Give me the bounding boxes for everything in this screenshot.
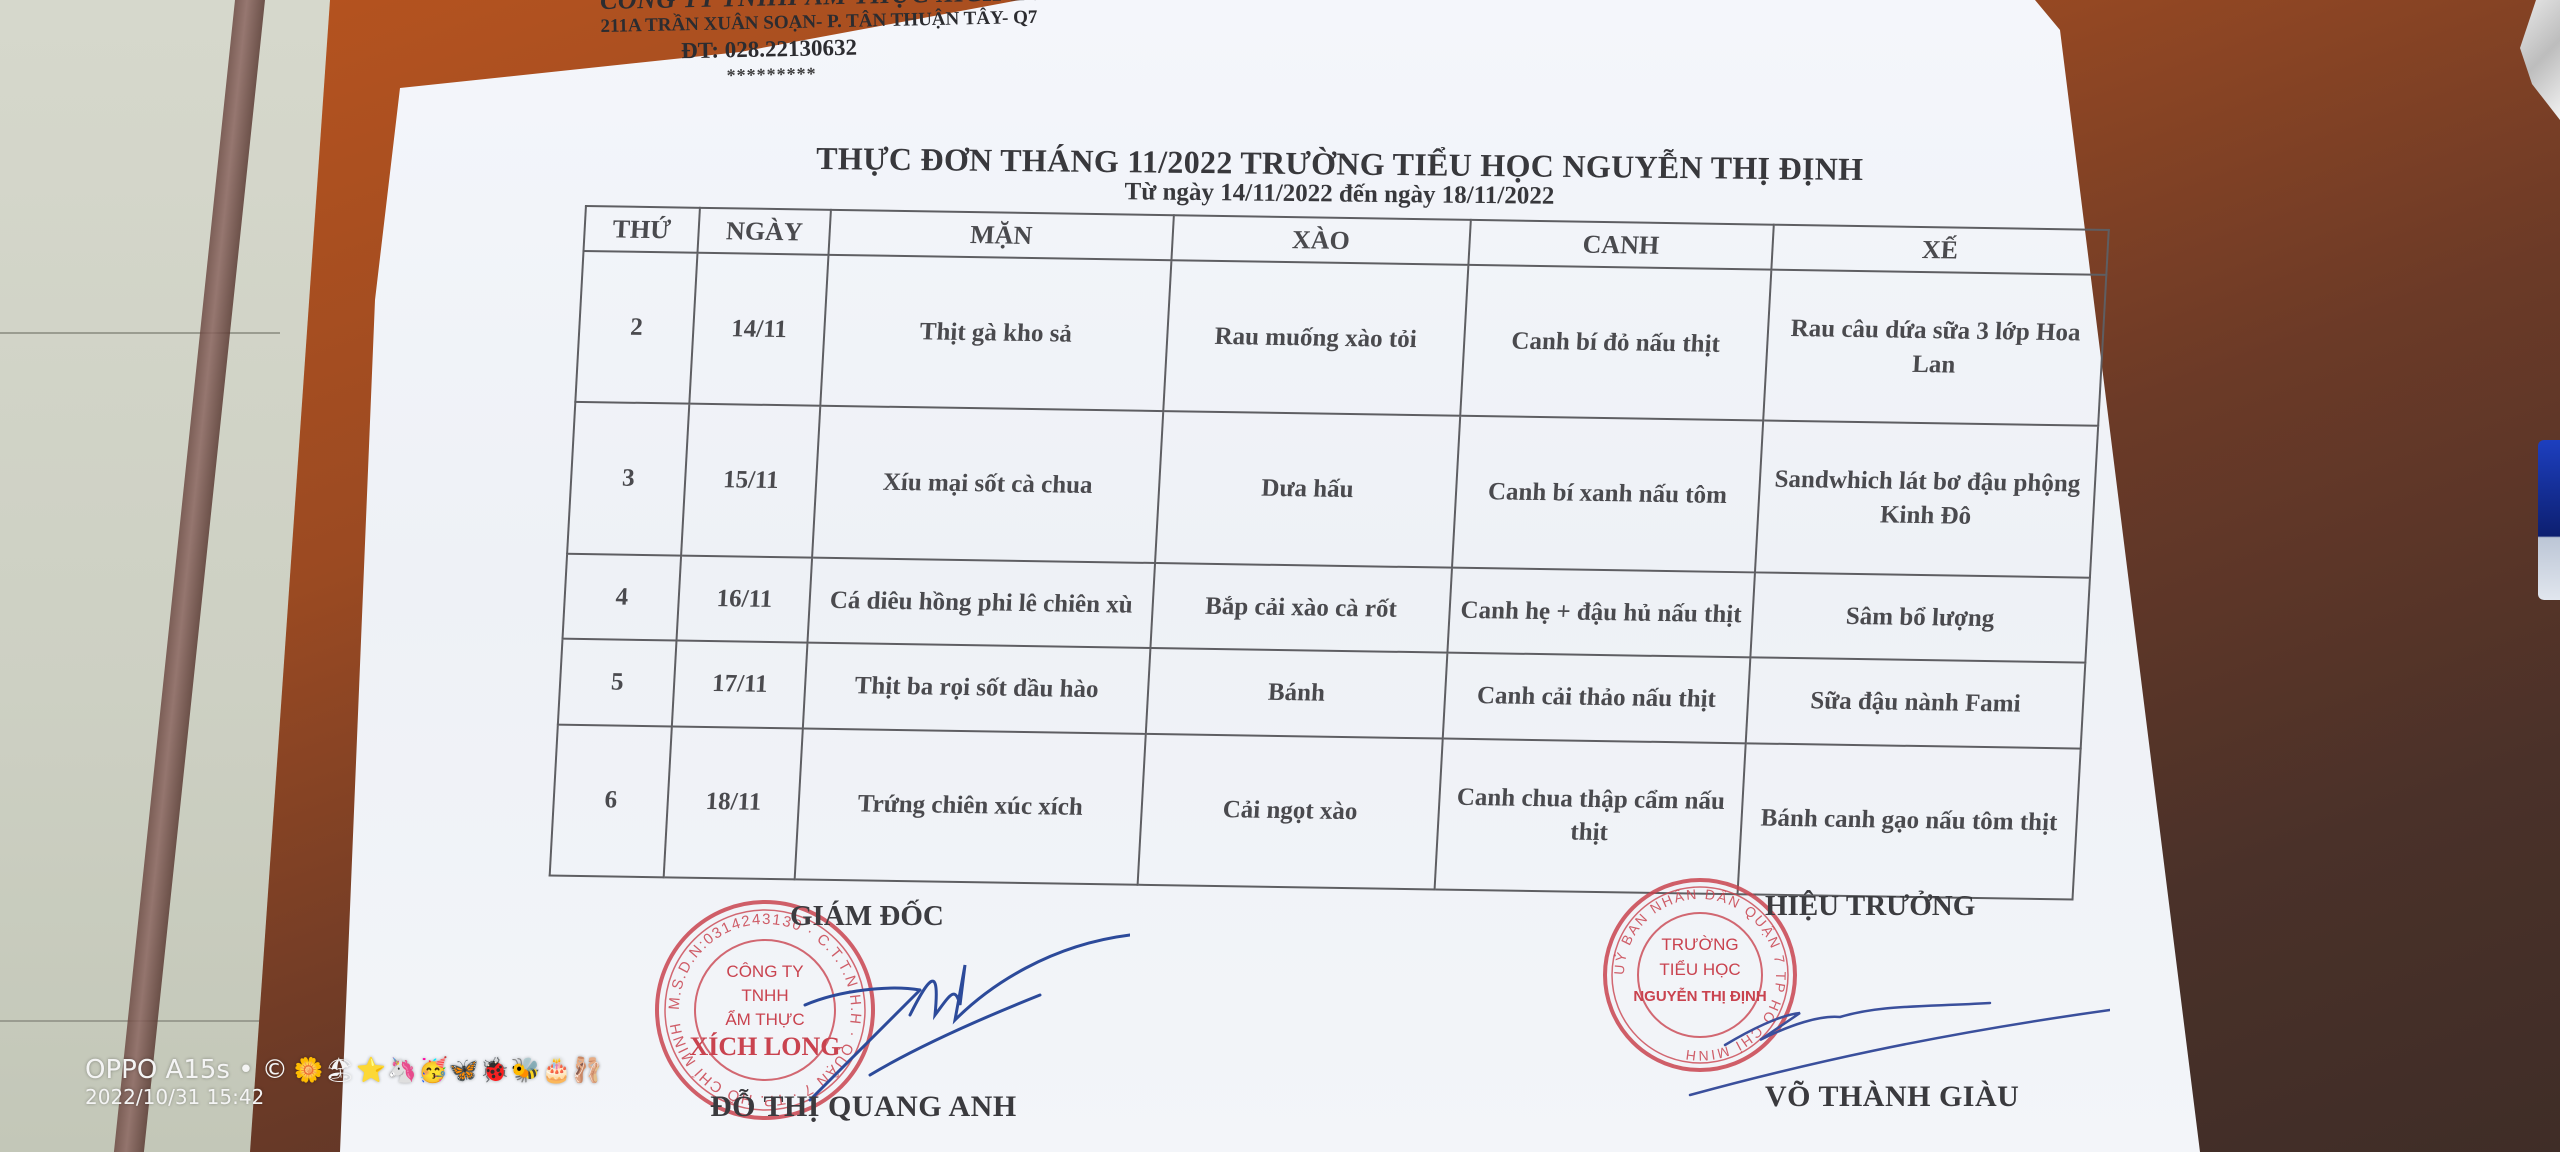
director-signature-icon <box>750 925 1130 1105</box>
cell-xao: Bắp cải xào cà rốt <box>1150 563 1452 653</box>
cell-ngay: 18/11 <box>664 726 803 879</box>
cell-thu: 4 <box>563 554 682 641</box>
director-name: ĐỖ THỊ QUANG ANH <box>710 1090 1017 1124</box>
cell-xao: Rau muống xào tỏi <box>1163 260 1468 416</box>
table-row: 6 18/11 Trứng chiên xúc xích Cải ngọt xà… <box>550 724 2081 899</box>
cell-xe: Rau câu dứa sữa 3 lớp Hoa Lan <box>1763 270 2106 426</box>
cell-xe: Sữa đậu nành Fami <box>1746 658 2086 749</box>
cell-man: Trứng chiên xúc xích <box>795 728 1146 885</box>
column-header-xao: XÀO <box>1171 215 1470 265</box>
cell-thu: 2 <box>575 251 697 404</box>
cell-ngay: 15/11 <box>681 404 820 557</box>
cell-canh: Canh cải thảo nấu thịt <box>1443 653 1751 743</box>
emoji-stickers-icon: 🌼🏖⭐🦄🥳🦋🐞🐝🎂🩰 <box>294 1056 603 1084</box>
column-header-xe: XẾ <box>1771 225 2108 275</box>
cell-ngay: 17/11 <box>672 641 808 728</box>
cell-ngay: 16/11 <box>677 555 813 642</box>
column-header-thu: THỨ <box>584 206 701 253</box>
svg-text:TIỂU HỌC: TIỂU HỌC <box>1659 960 1740 979</box>
cell-thu: 5 <box>558 639 677 726</box>
company-header: CÔNG TY TNHH ẨM THỰC XÍCH LONG 211A TRẦN… <box>600 0 1122 89</box>
cell-man: Thịt gà kho sả <box>820 255 1171 412</box>
menu-table-container: THỨ NGÀY MẶN XÀO CANH XẾ 2 14/11 Thịt gà… <box>549 205 2110 900</box>
column-header-ngay: NGÀY <box>698 208 831 255</box>
document-heading: THỰC ĐƠN THÁNG 11/2022 TRƯỜNG TIỂU HỌC N… <box>814 140 1865 214</box>
column-header-man: MẶN <box>829 210 1174 260</box>
cell-ngay: 14/11 <box>690 253 829 406</box>
cell-man: Thịt ba rọi sốt dầu hào <box>803 643 1150 734</box>
column-header-canh: CANH <box>1468 220 1773 270</box>
cell-xao: Dưa hấu <box>1155 412 1460 568</box>
cell-thu: 3 <box>567 402 689 555</box>
blue-pen <box>2538 440 2560 600</box>
menu-table: THỨ NGÀY MẶN XÀO CANH XẾ 2 14/11 Thịt gà… <box>549 205 2110 900</box>
svg-text:TRƯỜNG: TRƯỜNG <box>1661 935 1738 954</box>
cell-xe: Sandwhich lát bơ đậu phộng Kinh Đô <box>1755 421 2098 577</box>
table-row: 2 14/11 Thịt gà kho sả Rau muống xào tỏi… <box>575 251 2106 426</box>
cell-man: Xíu mại sốt cà chua <box>812 406 1163 563</box>
cell-canh: Canh bí đỏ nấu thịt <box>1460 265 1771 421</box>
capture-timestamp: 2022/10/31 15:42 <box>85 1085 603 1109</box>
principal-role: HIỆU TRƯỞNG <box>1765 890 1975 923</box>
device-label: OPPO A15s • © <box>85 1055 288 1085</box>
principal-name: VÕ THÀNH GIÀU <box>1765 1080 2019 1114</box>
cell-thu: 6 <box>550 724 672 877</box>
cell-canh: Canh bí xanh nấu tôm <box>1452 416 1763 572</box>
wall-tile-line <box>0 332 280 334</box>
cell-canh: Canh hẹ + đậu hủ nấu thịt <box>1447 567 1755 657</box>
camera-watermark: OPPO A15s • © 🌼🏖⭐🦄🥳🦋🐞🐝🎂🩰 2022/10/31 15:4… <box>85 1055 603 1109</box>
table-row: 3 15/11 Xíu mại sốt cà chua Dưa hấu Canh… <box>567 402 2098 577</box>
cell-canh: Canh chua thập cẩm nấu thịt <box>1434 738 1745 894</box>
cell-xao: Cải ngọt xào <box>1137 733 1442 889</box>
cell-man: Cá diêu hồng phi lê chiên xù <box>808 557 1155 648</box>
principal-signature-block: UỶ BAN NHÂN DÂN QUẬN 7 TP HỒ CHÍ MINH TR… <box>1600 875 2120 1125</box>
director-signature-block: M.S.D.N:0314243130 · C.T.T.N.H.H · QUẬN … <box>650 895 1170 1145</box>
cell-xao: Bánh <box>1146 648 1448 738</box>
cell-xe: Sâm bổ lượng <box>1750 572 2090 663</box>
